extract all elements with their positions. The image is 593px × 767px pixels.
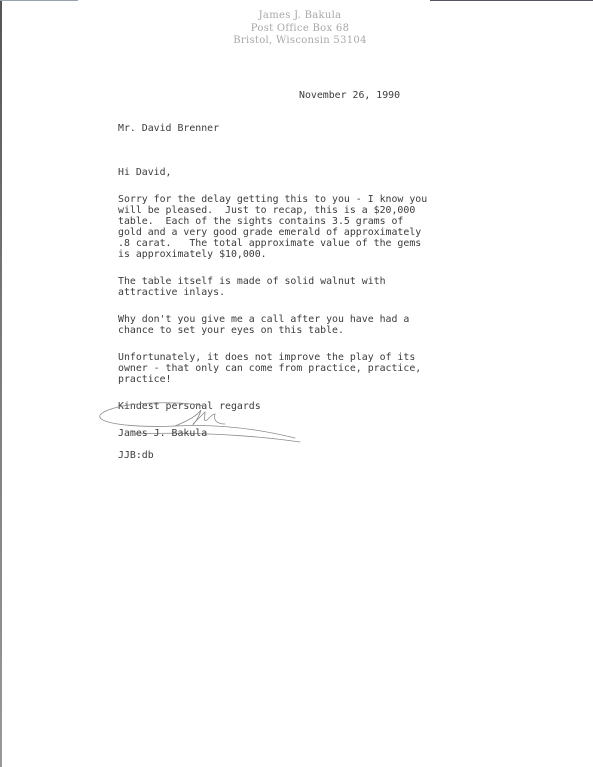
- paragraph: Sorry for the delay getting this to you …: [118, 194, 427, 260]
- letter-date: November 26, 1990: [299, 90, 400, 101]
- paragraph: Unfortunately, it does not improve the p…: [118, 352, 421, 385]
- signer-name: James J. Bakula: [118, 428, 207, 439]
- paragraph: Why don't you give me a call after you h…: [118, 314, 409, 336]
- scan-edge-top: [430, 0, 593, 1]
- reference-initials: JJB:db: [118, 450, 154, 461]
- paragraph: The table itself is made of solid walnut…: [118, 276, 386, 298]
- letterhead-name: James J. Bakula: [200, 10, 400, 23]
- letterhead-address-line2: Bristol, Wisconsin 53104: [200, 35, 400, 48]
- recipient: Mr. David Brenner: [118, 123, 219, 134]
- letterhead: James J. Bakula Post Office Box 68 Brist…: [200, 10, 400, 48]
- scan-edge-top: [0, 0, 78, 1]
- salutation: Hi David,: [118, 167, 172, 178]
- letterhead-address-line1: Post Office Box 68: [200, 23, 400, 36]
- scan-edge-left: [0, 0, 2, 767]
